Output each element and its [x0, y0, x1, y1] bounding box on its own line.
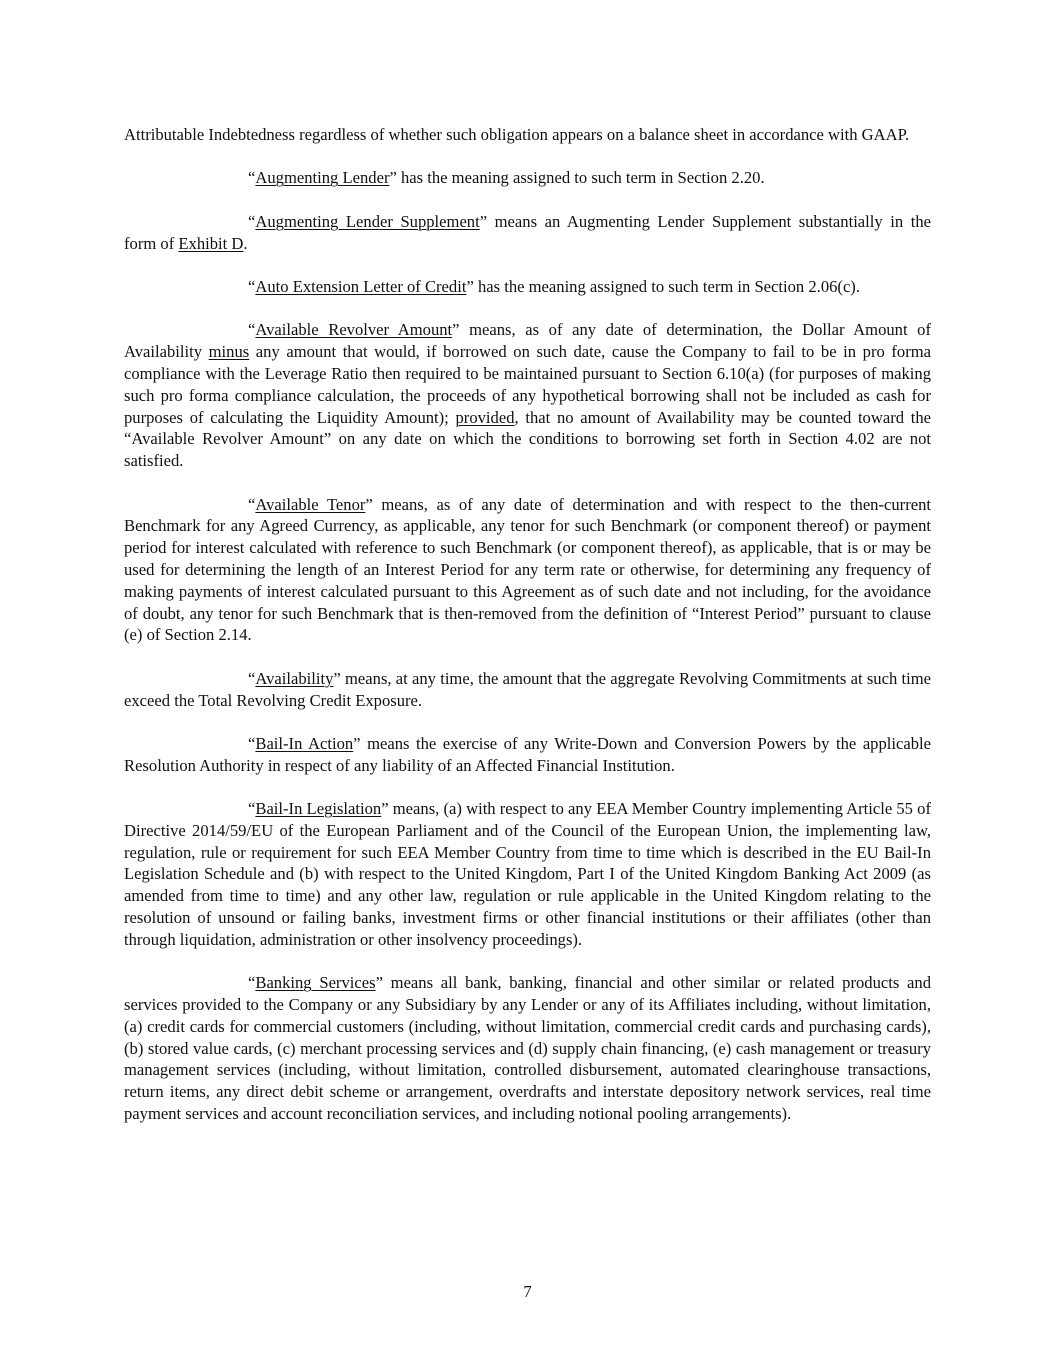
definition-text: ” means, as of any date of determination…: [124, 495, 931, 645]
definition-paragraph: “Available Tenor” means, as of any date …: [124, 494, 931, 647]
definition-paragraph: “Augmenting Lender Supplement” means an …: [124, 211, 931, 255]
definition-text: ” means all bank, banking, financial and…: [124, 973, 931, 1123]
defined-term: Availability: [255, 669, 333, 688]
defined-term: Banking Services: [255, 973, 375, 992]
defined-term: Exhibit D: [178, 234, 243, 253]
defined-term: Bail-In Action: [255, 734, 353, 753]
definition-paragraph: “Bail-In Legislation” means, (a) with re…: [124, 798, 931, 951]
definition-text: ” means, at any time, the amount that th…: [124, 669, 931, 710]
defined-term: Auto Extension Letter of Credit: [255, 277, 466, 296]
defined-term: minus: [209, 342, 250, 361]
definitions-list: “Augmenting Lender” has the meaning assi…: [124, 167, 931, 1124]
definition-text: ” has the meaning assigned to such term …: [466, 277, 860, 296]
definition-paragraph: “Banking Services” means all bank, banki…: [124, 972, 931, 1125]
defined-term: Available Tenor: [255, 495, 365, 514]
defined-term: Augmenting Lender: [255, 168, 389, 187]
document-page: Attributable Indebtedness regardless of …: [124, 124, 931, 1146]
definition-text: ” has the meaning assigned to such term …: [389, 168, 764, 187]
definition-paragraph: “Augmenting Lender” has the meaning assi…: [124, 167, 931, 189]
definition-text: ” means the exercise of any Write-Down a…: [124, 734, 931, 775]
defined-term: Bail-In Legislation: [255, 799, 381, 818]
definition-paragraph: “Auto Extension Letter of Credit” has th…: [124, 276, 931, 298]
definition-text: .: [243, 234, 247, 253]
definition-text: ” means, (a) with respect to any EEA Mem…: [124, 799, 931, 949]
definition-paragraph: “Available Revolver Amount” means, as of…: [124, 319, 931, 472]
defined-term: Augmenting Lender Supplement: [255, 212, 479, 231]
defined-term: Available Revolver Amount: [255, 320, 452, 339]
defined-term: provided: [456, 408, 515, 427]
definition-paragraph: “Availability” means, at any time, the a…: [124, 668, 931, 712]
page-number: 7: [0, 1282, 1055, 1302]
definition-paragraph: “Bail-In Action” means the exercise of a…: [124, 733, 931, 777]
continuation-paragraph: Attributable Indebtedness regardless of …: [124, 124, 931, 146]
